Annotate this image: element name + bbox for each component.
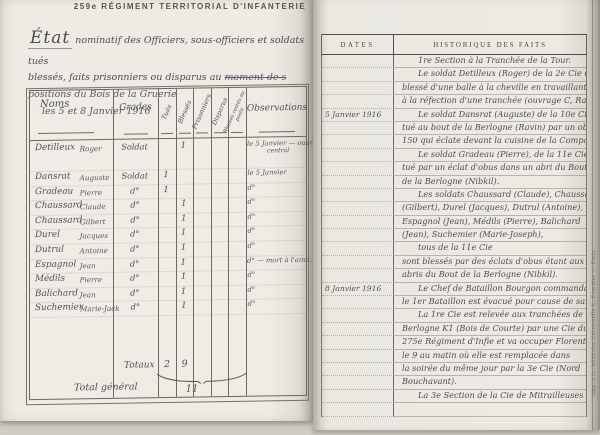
- line-text: 275e Régiment d'Infie et va occuper Flor…: [394, 336, 586, 349]
- row-surname: Durel: [30, 230, 80, 241]
- row-blesses-mark: 1: [175, 199, 192, 209]
- line-date: [322, 229, 394, 242]
- historique-line: [322, 403, 586, 416]
- row-observation-text: d°: [247, 285, 255, 293]
- row-grade: d°: [112, 229, 157, 240]
- historique-line: à la réfection d'une tranchée (ouvrage C…: [322, 95, 586, 108]
- row-tues-mark: 1: [157, 184, 175, 194]
- regiment-header: 259e RÉGIMENT TERRITORIAL D'INFANTERIE: [70, 2, 310, 11]
- line-date: [322, 242, 394, 255]
- row-observation-line2: [248, 307, 306, 308]
- totaux-tues: 2: [158, 359, 176, 370]
- column-header-observations: Observations: [246, 103, 308, 114]
- row-surname: Balichard: [30, 288, 80, 299]
- row-blesses-mark: 1: [175, 286, 192, 296]
- row-blesses-mark: 1: [175, 228, 192, 238]
- historique-line: Berlogne K1 (Bois de Courte) par une Cie…: [322, 323, 586, 336]
- row-surname: Suchemier: [30, 303, 80, 314]
- row-observation-line2: [247, 293, 306, 294]
- line-text: tous de la 11e Cie: [394, 242, 586, 255]
- row-firstname: Roger: [80, 142, 113, 154]
- historique-line: 1re Section à la Tranchée de la Tour.: [322, 55, 586, 68]
- row-grade: d°: [112, 243, 157, 254]
- historique-line: de la Berlogne (Nibkil).: [322, 176, 586, 189]
- title-line-1: État nominatif des Officiers, sous-offic…: [28, 24, 312, 70]
- historique-line: tué au bout de la Berlogne (Ravin) par u…: [322, 122, 586, 135]
- historique-line: tous de la 11e Cie: [322, 242, 586, 255]
- line-text: tué au bout de la Berlogne (Ravin) par u…: [394, 122, 586, 135]
- line-text: Berlogne K1 (Bois de Courte) par une Cie…: [394, 323, 586, 336]
- line-date: [322, 256, 394, 269]
- row-observation-line2: [247, 234, 306, 235]
- row-observations: le 5 Janvier — ouvrage Ccentral: [244, 139, 306, 155]
- line-text: Le soldat Dansrat (Auguste) de la 10e Ci…: [394, 109, 586, 122]
- row-firstname: Gilbert: [80, 215, 113, 227]
- line-text: tué par un éclat d'obus dans un abri du …: [394, 162, 586, 175]
- historique-line: le 9 au matin où elle est remplacée dans: [322, 350, 586, 363]
- total-general-label: Total général: [74, 381, 138, 393]
- row-observation-line2: [248, 220, 306, 221]
- line-date: [322, 403, 394, 416]
- line-date: [322, 55, 394, 68]
- historique-line: tué par un éclat d'obus dans un abri du …: [322, 162, 586, 175]
- historique-line: sont blessés par des éclats d'obus étant…: [322, 256, 586, 269]
- historique-line: Bouchavant).: [322, 376, 586, 389]
- header-underline: [124, 133, 148, 134]
- header-underline: [179, 133, 191, 134]
- table-rows: Detilleux Roger Soldat 1 le 5 Janvier — …: [30, 139, 306, 318]
- row-observation-text: d°: [247, 227, 255, 235]
- header-underline: [196, 132, 208, 133]
- row-firstname: Pierre: [80, 185, 113, 197]
- line-text: 150 qui éclate devant la cuisine de la C…: [394, 135, 586, 148]
- row-surname: Detilleux: [30, 142, 80, 153]
- line-text: (Jean), Suchemier (Marie-Joseph),: [394, 229, 586, 242]
- row-observations: d° — mort à l'amb.: [244, 255, 306, 264]
- historique-line: (Jean), Suchemier (Marie-Joseph),: [322, 229, 586, 242]
- row-firstname: Claude: [80, 200, 113, 212]
- historique-line: La 3e Section de la Cie de Mitrailleuses: [322, 390, 586, 403]
- line-text: Le soldat Detilleux (Roger) de la 2e Cie…: [394, 68, 586, 81]
- line-date: [322, 323, 394, 336]
- row-observation-text: d°: [247, 183, 255, 191]
- line-text: à la réfection d'une tranchée (ouvrage C…: [394, 95, 586, 108]
- line-text: [394, 403, 586, 416]
- header-underline: [259, 131, 295, 133]
- header-underline: [161, 133, 173, 134]
- row-observations: d°: [245, 212, 306, 221]
- row-grade: d°: [113, 302, 158, 313]
- row-blesses-mark: 1: [175, 301, 192, 311]
- historique-line: 150 qui éclate devant la cuisine de la C…: [322, 135, 586, 148]
- line-date: [322, 202, 394, 215]
- row-grade: Soldat: [112, 141, 157, 152]
- header-underline: [214, 132, 226, 133]
- line-text: La 3e Section de la Cie de Mitrailleuses: [394, 390, 586, 403]
- row-firstname: Marie-Jack: [80, 302, 113, 314]
- row-observations: d°: [244, 241, 306, 250]
- row-observations: d°: [244, 285, 306, 294]
- historique-line: Les soldats Chaussard (Claude), Chaussar…: [322, 189, 586, 202]
- scanned-register-spread: 259e RÉGIMENT TERRITORIAL D'INFANTERIE É…: [0, 0, 600, 435]
- line-date: [322, 390, 394, 403]
- historique-line: blessé d'une balle à la cheville en trav…: [322, 82, 586, 95]
- column-header-noms: Noms: [40, 99, 69, 110]
- row-tues-mark: 1: [157, 170, 175, 180]
- line-date: [322, 350, 394, 363]
- column-header-grades: Grades: [113, 102, 158, 113]
- line-text: 1re Section à la Tranchée de la Tour.: [394, 55, 586, 68]
- casualty-table: Noms Grades Tués Blessés Prisonniers Dis…: [29, 86, 307, 400]
- row-observation-line2: [247, 190, 306, 191]
- row-observations: le 5 Janvier: [244, 168, 306, 177]
- total-general-value: 11: [182, 383, 202, 394]
- row-observations: d°: [244, 270, 306, 279]
- dates-column-header: DATES: [322, 35, 394, 54]
- row-grade: d°: [112, 272, 157, 283]
- line-text: blessé d'une balle à la cheville en trav…: [394, 82, 586, 95]
- historique-lines: 1re Section à la Tranchée de la Tour. Le…: [321, 55, 587, 417]
- historique-line: la soirée du même jour par la 3e Cie (No…: [322, 363, 586, 376]
- line-date: [322, 309, 394, 322]
- line-date: [322, 68, 394, 81]
- row-blesses-mark: 1: [175, 272, 192, 282]
- line-text: le 1er Bataillon est évacué pour cause d…: [394, 296, 586, 309]
- line-text: la soirée du même jour par la 3e Cie (No…: [394, 363, 586, 376]
- historique-header-row: DATES HISTORIQUE DES FAITS: [321, 34, 587, 55]
- row-surname: Gradeau: [30, 186, 80, 197]
- row-grade: d°: [113, 214, 158, 225]
- row-grade: d°: [112, 185, 157, 196]
- row-observation-text: d°: [248, 212, 256, 220]
- historique-form: DATES HISTORIQUE DES FAITS 1re Section à…: [321, 34, 587, 417]
- left-page: 259e RÉGIMENT TERRITORIAL D'INFANTERIE É…: [0, 0, 313, 421]
- line-date: [322, 122, 394, 135]
- header-underline: [38, 132, 94, 134]
- line-date: [322, 269, 394, 282]
- line-date: 5 Janvier 1916: [322, 109, 394, 122]
- struck-text: moment de s: [225, 72, 287, 83]
- line-date: [322, 336, 394, 349]
- line-date: [322, 162, 394, 175]
- row-observation-text: d°: [248, 198, 256, 206]
- line-date: [322, 189, 394, 202]
- historique-line: Le soldat Detilleux (Roger) de la 2e Cie…: [322, 68, 586, 81]
- line-date: [322, 82, 394, 95]
- row-surname: Espagnol: [30, 259, 80, 270]
- row-observation-text: le 5 Janvier: [247, 168, 286, 177]
- row-grade: d°: [112, 258, 157, 269]
- line-text: sont blessés par des éclats d'obus étant…: [394, 256, 586, 269]
- line-text: Le soldat Gradeau (Pierre), de la 11e Ci…: [394, 149, 586, 162]
- line-date: [322, 176, 394, 189]
- table-header-row: Noms Grades Tués Blessés Prisonniers Dis…: [30, 87, 306, 141]
- line-date: [322, 135, 394, 148]
- table-row: Detilleux Roger Soldat 1 le 5 Janvier — …: [30, 139, 306, 172]
- line-text: La 1re Cie est relevée aux tranchées de …: [394, 309, 586, 322]
- page-edge: [592, 0, 593, 430]
- row-grade: d°: [113, 199, 158, 210]
- line-text: le 9 au matin où elle est remplacée dans: [394, 350, 586, 363]
- row-observations: d°: [244, 182, 306, 191]
- line-text: abris du Bout de la Berlogne (Nibkil).: [394, 269, 586, 282]
- row-firstname: Pierre: [80, 273, 113, 285]
- line-date: 8 Janvier 1916: [322, 283, 394, 296]
- table-row: Suchemier Marie-Jack d° 1 d°: [30, 299, 306, 318]
- row-surname: Médils: [30, 274, 80, 285]
- historique-column-header: HISTORIQUE DES FAITS: [394, 35, 586, 54]
- row-grade: d°: [112, 287, 157, 298]
- historique-line: La 1re Cie est relevée aux tranchées de …: [322, 309, 586, 322]
- row-firstname: Jacques: [80, 229, 113, 241]
- line-date: [322, 216, 394, 229]
- row-blesses-mark: 1: [175, 213, 192, 223]
- historique-line: abris du Bout de la Berlogne (Nibkil).: [322, 269, 586, 282]
- row-surname: Chaussard: [30, 201, 80, 212]
- row-observation-text: d°: [248, 300, 256, 308]
- row-blesses-mark: 1: [175, 243, 192, 253]
- historique-line: (Gilbert), Durel (Jacques), Dutrul (Anto…: [322, 202, 586, 215]
- row-observation-text: d°: [247, 242, 255, 250]
- historique-line: Le soldat Gradeau (Pierre), de la 11e Ci…: [322, 149, 586, 162]
- row-surname: Chaussard: [30, 215, 80, 226]
- row-firstname: Jean: [80, 258, 113, 270]
- row-firstname: Jean: [80, 288, 113, 300]
- line-date: [322, 376, 394, 389]
- row-observation-line2: [247, 249, 306, 250]
- historique-line: Espagnol (Jean), Médils (Pierre), Balich…: [322, 216, 586, 229]
- row-observations: d°: [245, 197, 306, 206]
- row-observation-text: d° — mort à l'amb.: [247, 255, 312, 264]
- totaux-blesses: 9: [176, 359, 193, 370]
- totals-brace: [156, 371, 248, 384]
- row-observations: d°: [244, 226, 306, 235]
- title-lead-word: État: [28, 28, 72, 49]
- line-date: [322, 296, 394, 309]
- row-surname: Dansrat: [30, 171, 80, 182]
- historique-line: 5 Janvier 1916 Le soldat Dansrat (August…: [322, 109, 586, 122]
- line-text: Les soldats Chaussard (Claude), Chaussar…: [394, 189, 586, 202]
- header-underline: [231, 132, 243, 133]
- line-text: de la Berlogne (Nibkil).: [394, 176, 586, 189]
- line-text: Espagnol (Jean), Médils (Pierre), Balich…: [394, 216, 586, 229]
- row-blesses-mark: 1: [175, 141, 192, 151]
- row-observation-line2: [248, 205, 306, 206]
- historique-line: 8 Janvier 1916 Le Chef de Bataillon Bour…: [322, 283, 586, 296]
- row-firstname: Auguste: [80, 171, 113, 183]
- right-page: DATES HISTORIQUE DES FAITS 1re Section à…: [313, 0, 600, 430]
- row-observation-line2: [247, 278, 306, 279]
- totaux-label: Totaux: [124, 360, 155, 370]
- row-observations: d°: [245, 299, 306, 308]
- line-date: [322, 363, 394, 376]
- row-observation-text: d°: [247, 271, 255, 279]
- row-grade: Soldat: [112, 170, 157, 181]
- line-text: Le Chef de Bataillon Bourgon commandant: [394, 283, 586, 296]
- line-date: [322, 149, 394, 162]
- row-blesses-mark: 1: [175, 257, 192, 267]
- line-text: Bouchavant).: [394, 376, 586, 389]
- line-text: (Gilbert), Durel (Jacques), Dutrul (Anto…: [394, 202, 586, 215]
- line-date: [322, 95, 394, 108]
- historique-line: 275e Régiment d'Infie et va occuper Flor…: [322, 336, 586, 349]
- row-firstname: Antoine: [80, 244, 113, 256]
- row-surname: Dutrul: [30, 244, 80, 255]
- historique-line: le 1er Bataillon est évacué pour cause d…: [322, 296, 586, 309]
- row-observation-line2: central: [247, 147, 306, 155]
